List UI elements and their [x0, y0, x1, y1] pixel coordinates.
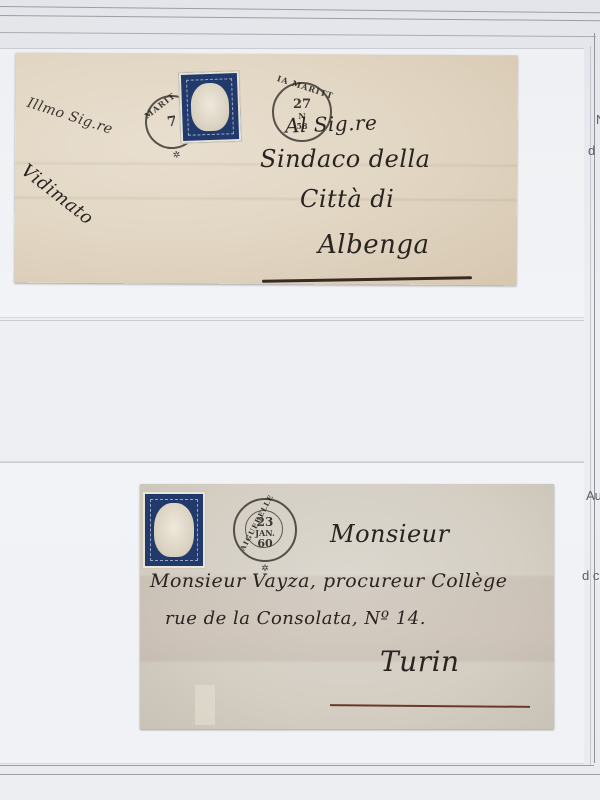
side-annotation: d — [588, 143, 595, 158]
album-page: N d Au d c Illmo Sig.re Vidimato MARIT 7… — [0, 0, 600, 800]
postmark-day: 23 — [235, 516, 295, 528]
address-line: Sindaco della — [260, 145, 431, 173]
stamp-king-profile-icon — [179, 71, 241, 143]
postmark-year: 60 — [235, 538, 295, 549]
side-annotation: N — [596, 112, 600, 127]
frame-line — [0, 15, 600, 21]
address-line-city: Albenga — [318, 230, 430, 260]
stamp-king-profile-icon — [143, 492, 205, 568]
frame-line — [0, 32, 596, 37]
address-line: Al Sig.re — [285, 110, 378, 137]
stamp-cameo — [190, 82, 230, 131]
address-line-city: Turin — [380, 645, 460, 678]
stamp-cameo — [154, 503, 194, 557]
postmark-aiguebelle: AIGUEBELLE 23 JAN. 60 ✲ — [233, 498, 297, 562]
side-annotation: Au — [586, 488, 600, 503]
page-margin — [0, 775, 600, 800]
paper-tab — [195, 685, 215, 725]
address-line: Monsieur — [330, 520, 450, 548]
frame-line — [0, 765, 594, 766]
side-annotation: d c — [582, 568, 599, 583]
address-line: Città di — [300, 185, 394, 213]
address-line: rue de la Consolata, Nº 14. — [165, 608, 426, 629]
address-line: Monsieur Vayza, procureur Collège — [150, 570, 508, 592]
mount-strip — [0, 320, 584, 462]
postmark-day: 27 — [274, 98, 330, 111]
postmark-month: JAN. — [235, 529, 295, 537]
frame-line — [0, 6, 600, 13]
